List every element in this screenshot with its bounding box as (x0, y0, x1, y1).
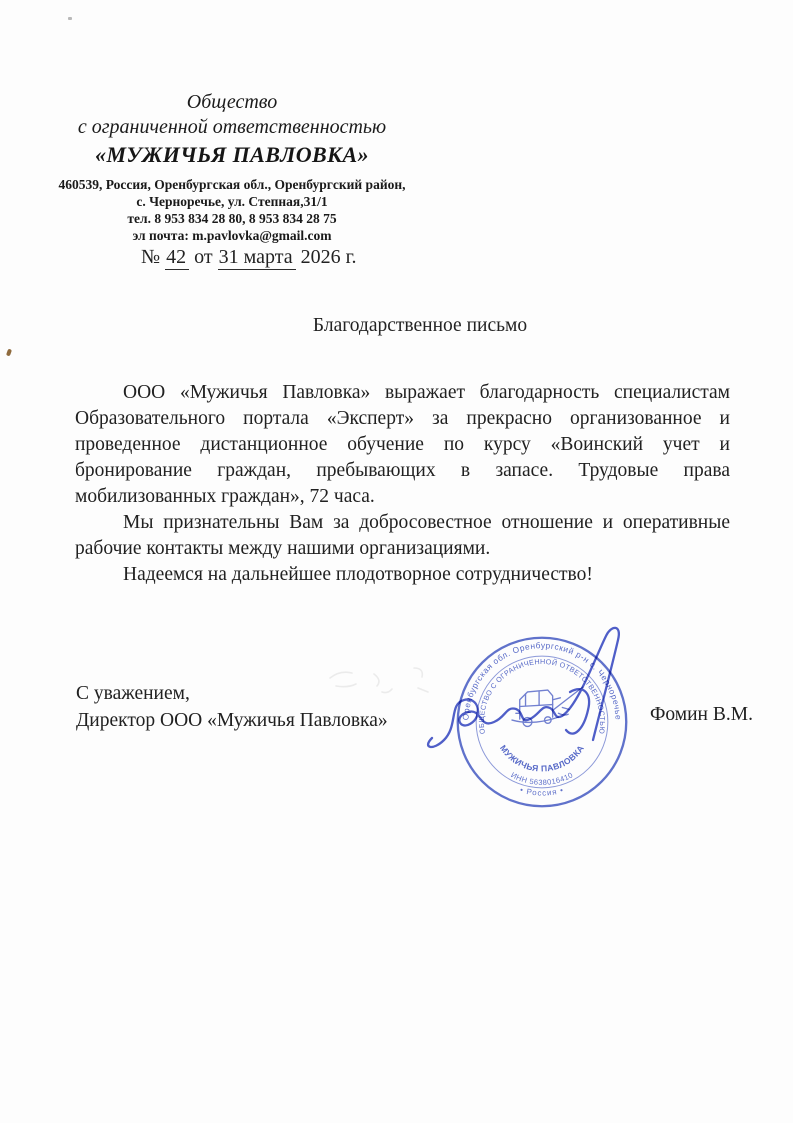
stamp-outer-bottom-text: • Россия • (519, 785, 565, 797)
signer-name: Фомин В.М. (650, 704, 753, 726)
org-name: «МУЖИЧЬЯ ПАВЛОВКА» (32, 141, 432, 169)
ref-prefix: № (141, 246, 165, 268)
director-signature (420, 612, 635, 760)
svg-text:• Россия •: • Россия • (519, 785, 565, 797)
org-address: 460539, Россия, Оренбургская обл., Оренб… (32, 176, 432, 244)
ref-number: 42 (165, 246, 189, 270)
ref-year: 2026 г. (296, 246, 357, 268)
reference-line: № 42 от 31 марта 2026 г. (141, 246, 357, 269)
address-line-2: с. Черноречье, ул. Степная,31/1 (32, 193, 432, 210)
org-type-line-1: Общество (32, 90, 432, 115)
email-line: эл почта: m.pavlovka@gmail.com (32, 227, 432, 244)
ref-date: 31 марта (218, 246, 296, 270)
org-type-line-2: с ограниченной ответственностью (32, 115, 432, 140)
letter-body: ООО «Мужичья Павловка» выражает благодар… (75, 380, 730, 588)
body-paragraph: Надеемся на дальнейшее плодотворное сотр… (75, 562, 730, 588)
ref-connector: от (189, 246, 217, 268)
body-paragraph: ООО «Мужичья Павловка» выражает благодар… (75, 380, 730, 510)
letterhead: Общество с ограниченной ответственностью… (32, 90, 432, 244)
scan-speck (6, 349, 12, 357)
scanned-letter-page: Общество с ограниченной ответственностью… (0, 0, 793, 1123)
scan-speck (68, 17, 72, 20)
body-paragraph: Мы признательны Вам за добросовестное от… (75, 510, 730, 562)
phone-line: тел. 8 953 834 28 80, 8 953 834 28 75 (32, 210, 432, 227)
letter-title: Благодарственное письмо (75, 315, 765, 337)
address-line-1: 460539, Россия, Оренбургская обл., Оренб… (32, 176, 432, 193)
